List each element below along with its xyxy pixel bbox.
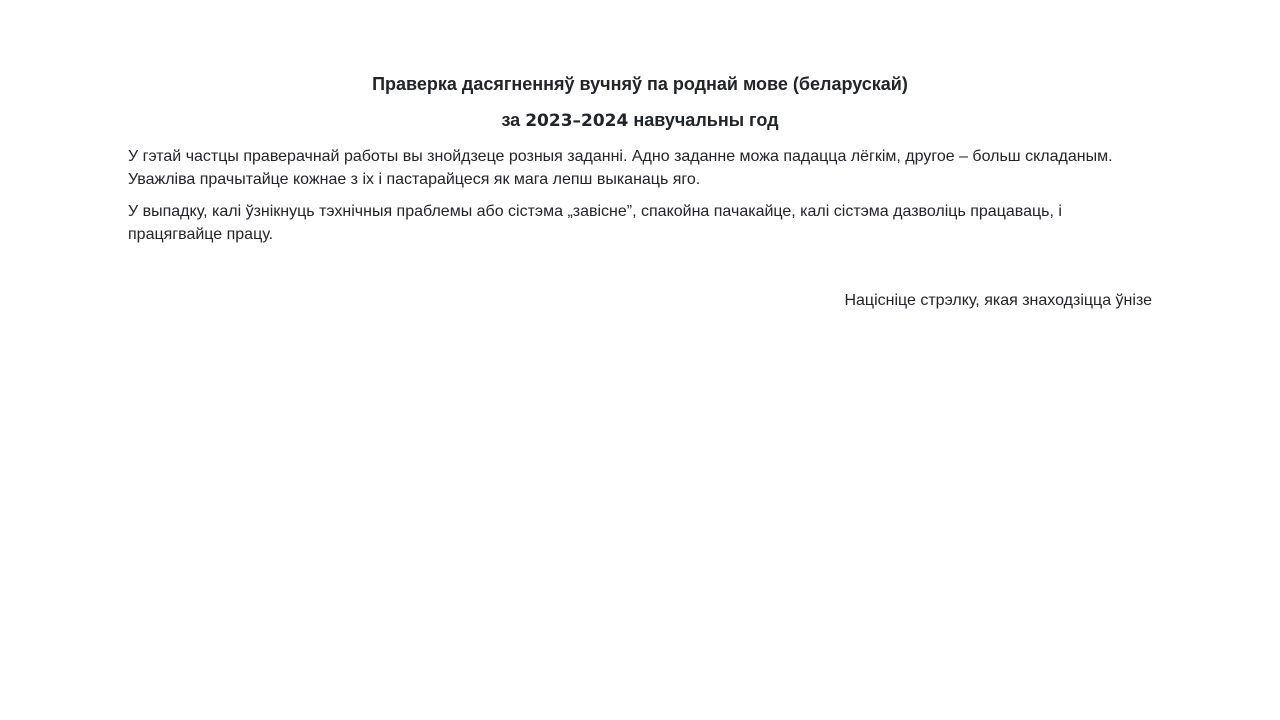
test-intro-page: Праверка дасягненняў вучняў па роднай мо… xyxy=(0,0,1280,720)
intro-content: Праверка дасягненняў вучняў па роднай мо… xyxy=(128,72,1152,312)
page-subtitle: за 2023–2024 навучальны год xyxy=(128,108,1152,133)
subtitle-prefix: за xyxy=(501,110,525,130)
subtitle-year: 2023–2024 xyxy=(525,111,628,131)
page-title: Праверка дасягненняў вучняў па роднай мо… xyxy=(128,72,1152,96)
subtitle-suffix: навучальны год xyxy=(628,110,778,130)
instructions-paragraph: У гэтай частцы праверачнай работы вы зно… xyxy=(128,145,1152,191)
navigation-hint: Націсніце стрэлку, якая знаходзіцца ўніз… xyxy=(128,289,1152,312)
technical-issues-paragraph: У выпадку, калі ўзнікнуць тэхнічныя праб… xyxy=(128,200,1152,246)
